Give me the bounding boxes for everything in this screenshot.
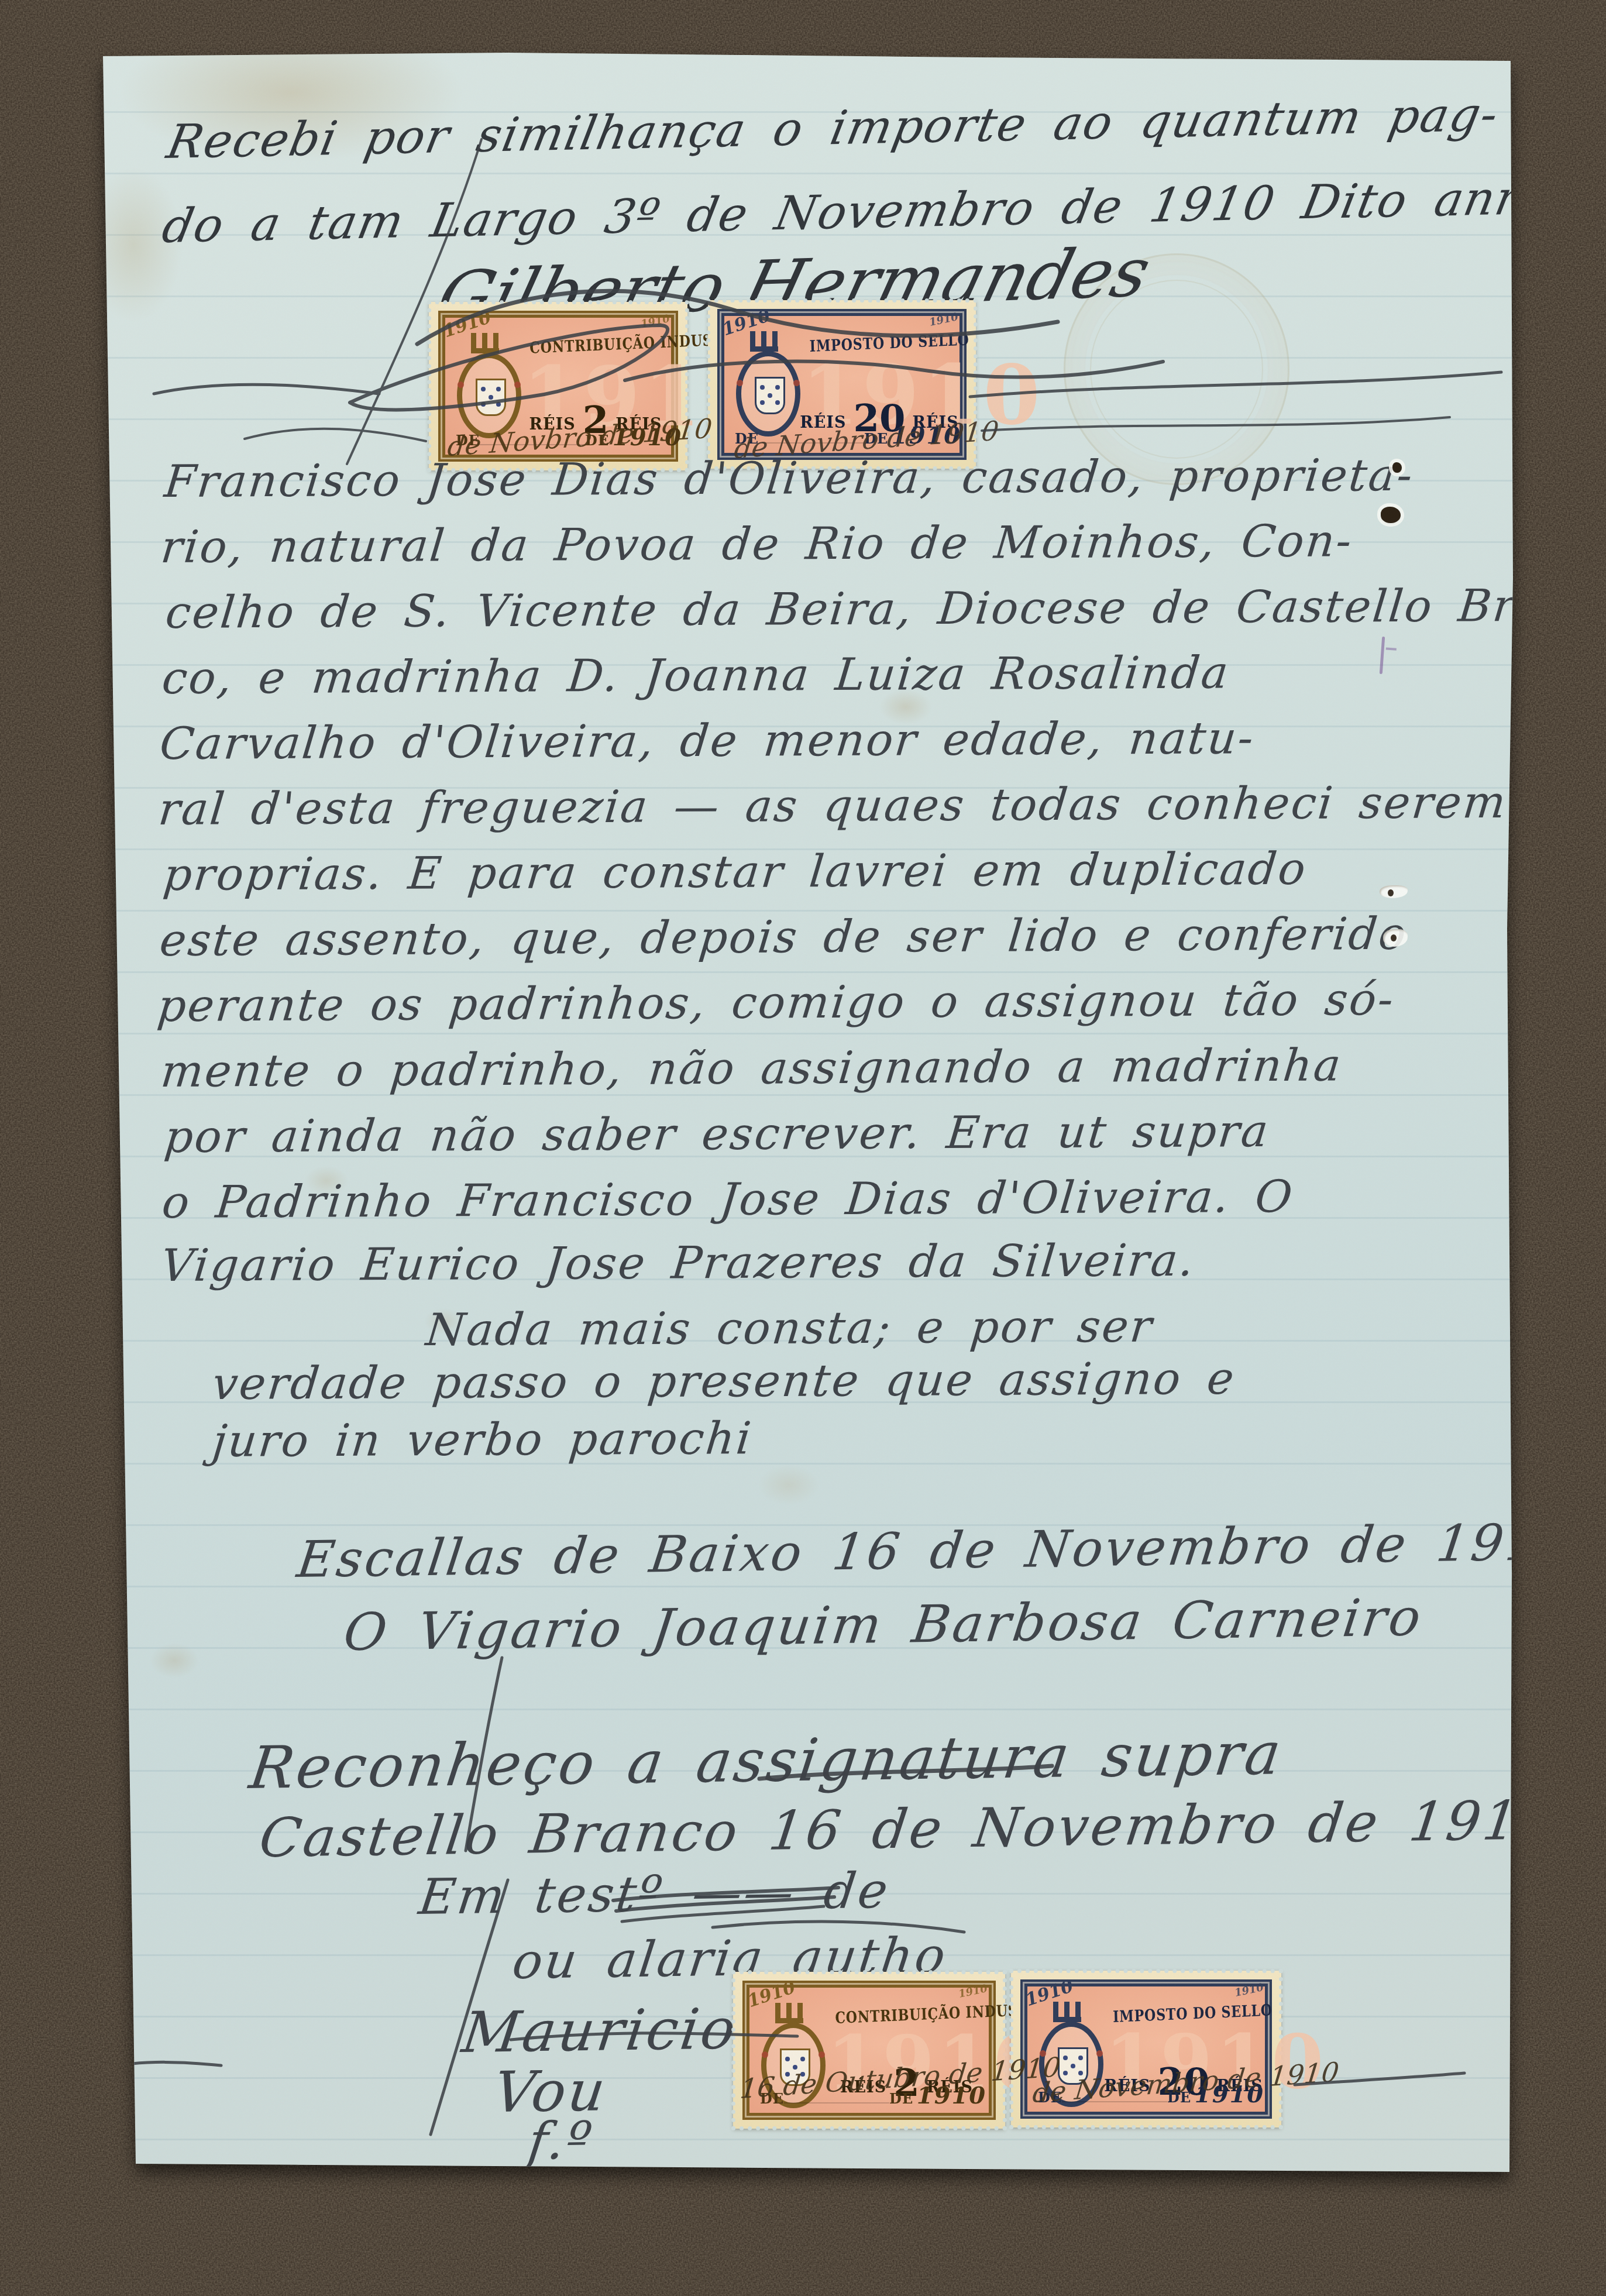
stamp-year-corner-small: 1910 <box>957 1982 988 2001</box>
body-line: proprias. E para constar lavrei em dupli… <box>161 843 1309 900</box>
notary-mark: Mauricio <box>459 1996 741 2065</box>
purple-ink-mark <box>1380 637 1385 674</box>
crown-icon <box>1053 2002 1081 2022</box>
revenue-stamp-contribuicao-industrial-bottom: 1910 1910 CONTRIBUIÇÃO INDUSTRIAL 1910 R… <box>733 1972 1005 2129</box>
body-line: rio, natural da Povoa de Rio de Moinhos,… <box>159 514 1356 573</box>
body-line: perante os padrinhos, comigo o assignou … <box>155 973 1398 1032</box>
vicar-signature-line: O Vigario Joaquim Barbosa Carneiro <box>341 1587 1426 1662</box>
paper-sheet-wrap: Recebi por similhança o importe ao quant… <box>98 51 1514 2175</box>
body-line: co, e madrinha D. Joanna Luiza Rosalinda <box>160 646 1232 704</box>
closing-line: verdade passo o presente que assigno e <box>210 1352 1238 1410</box>
closing-line: Nada mais consta; e por ser <box>424 1300 1156 1356</box>
quinas-dots-icon <box>1071 2064 1075 2068</box>
quinas-dots-icon <box>489 395 493 400</box>
stamp-year-corner-small: 1910 <box>639 312 670 331</box>
crown-icon <box>750 331 778 352</box>
top-annotation-line: Recebi por similhança o importe ao quant… <box>163 87 1504 169</box>
paper-tear <box>1380 885 1408 898</box>
body-line: ral d'esta freguezia — as quaes todas co… <box>156 775 1588 835</box>
pinhole-tear <box>1392 462 1402 473</box>
pinhole-tear <box>1381 507 1401 523</box>
body-line: este assento, que, depois de ser lido e … <box>157 908 1410 966</box>
stamp-year-corner-small: 1910 <box>1233 1981 1264 1999</box>
recognition-line: Em testº —— de <box>416 1862 893 1926</box>
photographed-document-scene: Recebi por similhança o importe ao quant… <box>0 0 1606 2296</box>
crown-icon <box>775 2003 803 2023</box>
closing-line: juro in verbo parochi <box>210 1412 755 1467</box>
top-annotation-line: do a tam Largo 3º de Novembro de 1910 Di… <box>158 165 1606 253</box>
recognition-line: Reconheço a assignatura supra <box>246 1719 1287 1802</box>
body-line: Carvalho d'Oliveira, de menor edade, nat… <box>157 712 1257 769</box>
quinas-dots-icon <box>768 393 772 398</box>
recognition-line: Castello Branco 16 de Novembro de 1910 <box>256 1789 1560 1869</box>
body-line: Francisco Jose Dias d'Oliveira, casado, … <box>162 449 1416 507</box>
body-line: mente o padrinho, não assignando a madri… <box>159 1039 1344 1097</box>
body-line: por ainda não saber escrever. Era ut sup… <box>162 1105 1272 1163</box>
document-paper: Recebi por similhança o importe ao quant… <box>98 51 1514 2175</box>
body-line: o Padrinho Francisco Jose Dias d'Oliveir… <box>160 1170 1297 1228</box>
body-line: Vigario Eurico Jose Prazeres da Silveira… <box>159 1234 1198 1291</box>
place-date-line: Escallas de Baixo 16 de Novembro de 1910 <box>294 1513 1578 1589</box>
crown-icon <box>471 333 499 353</box>
body-line: celho de S. Vicente da Beira, Diocese de… <box>163 579 1594 638</box>
notary-mark: f.º <box>525 2110 597 2171</box>
stamp-year-corner-small: 1910 <box>928 311 959 329</box>
